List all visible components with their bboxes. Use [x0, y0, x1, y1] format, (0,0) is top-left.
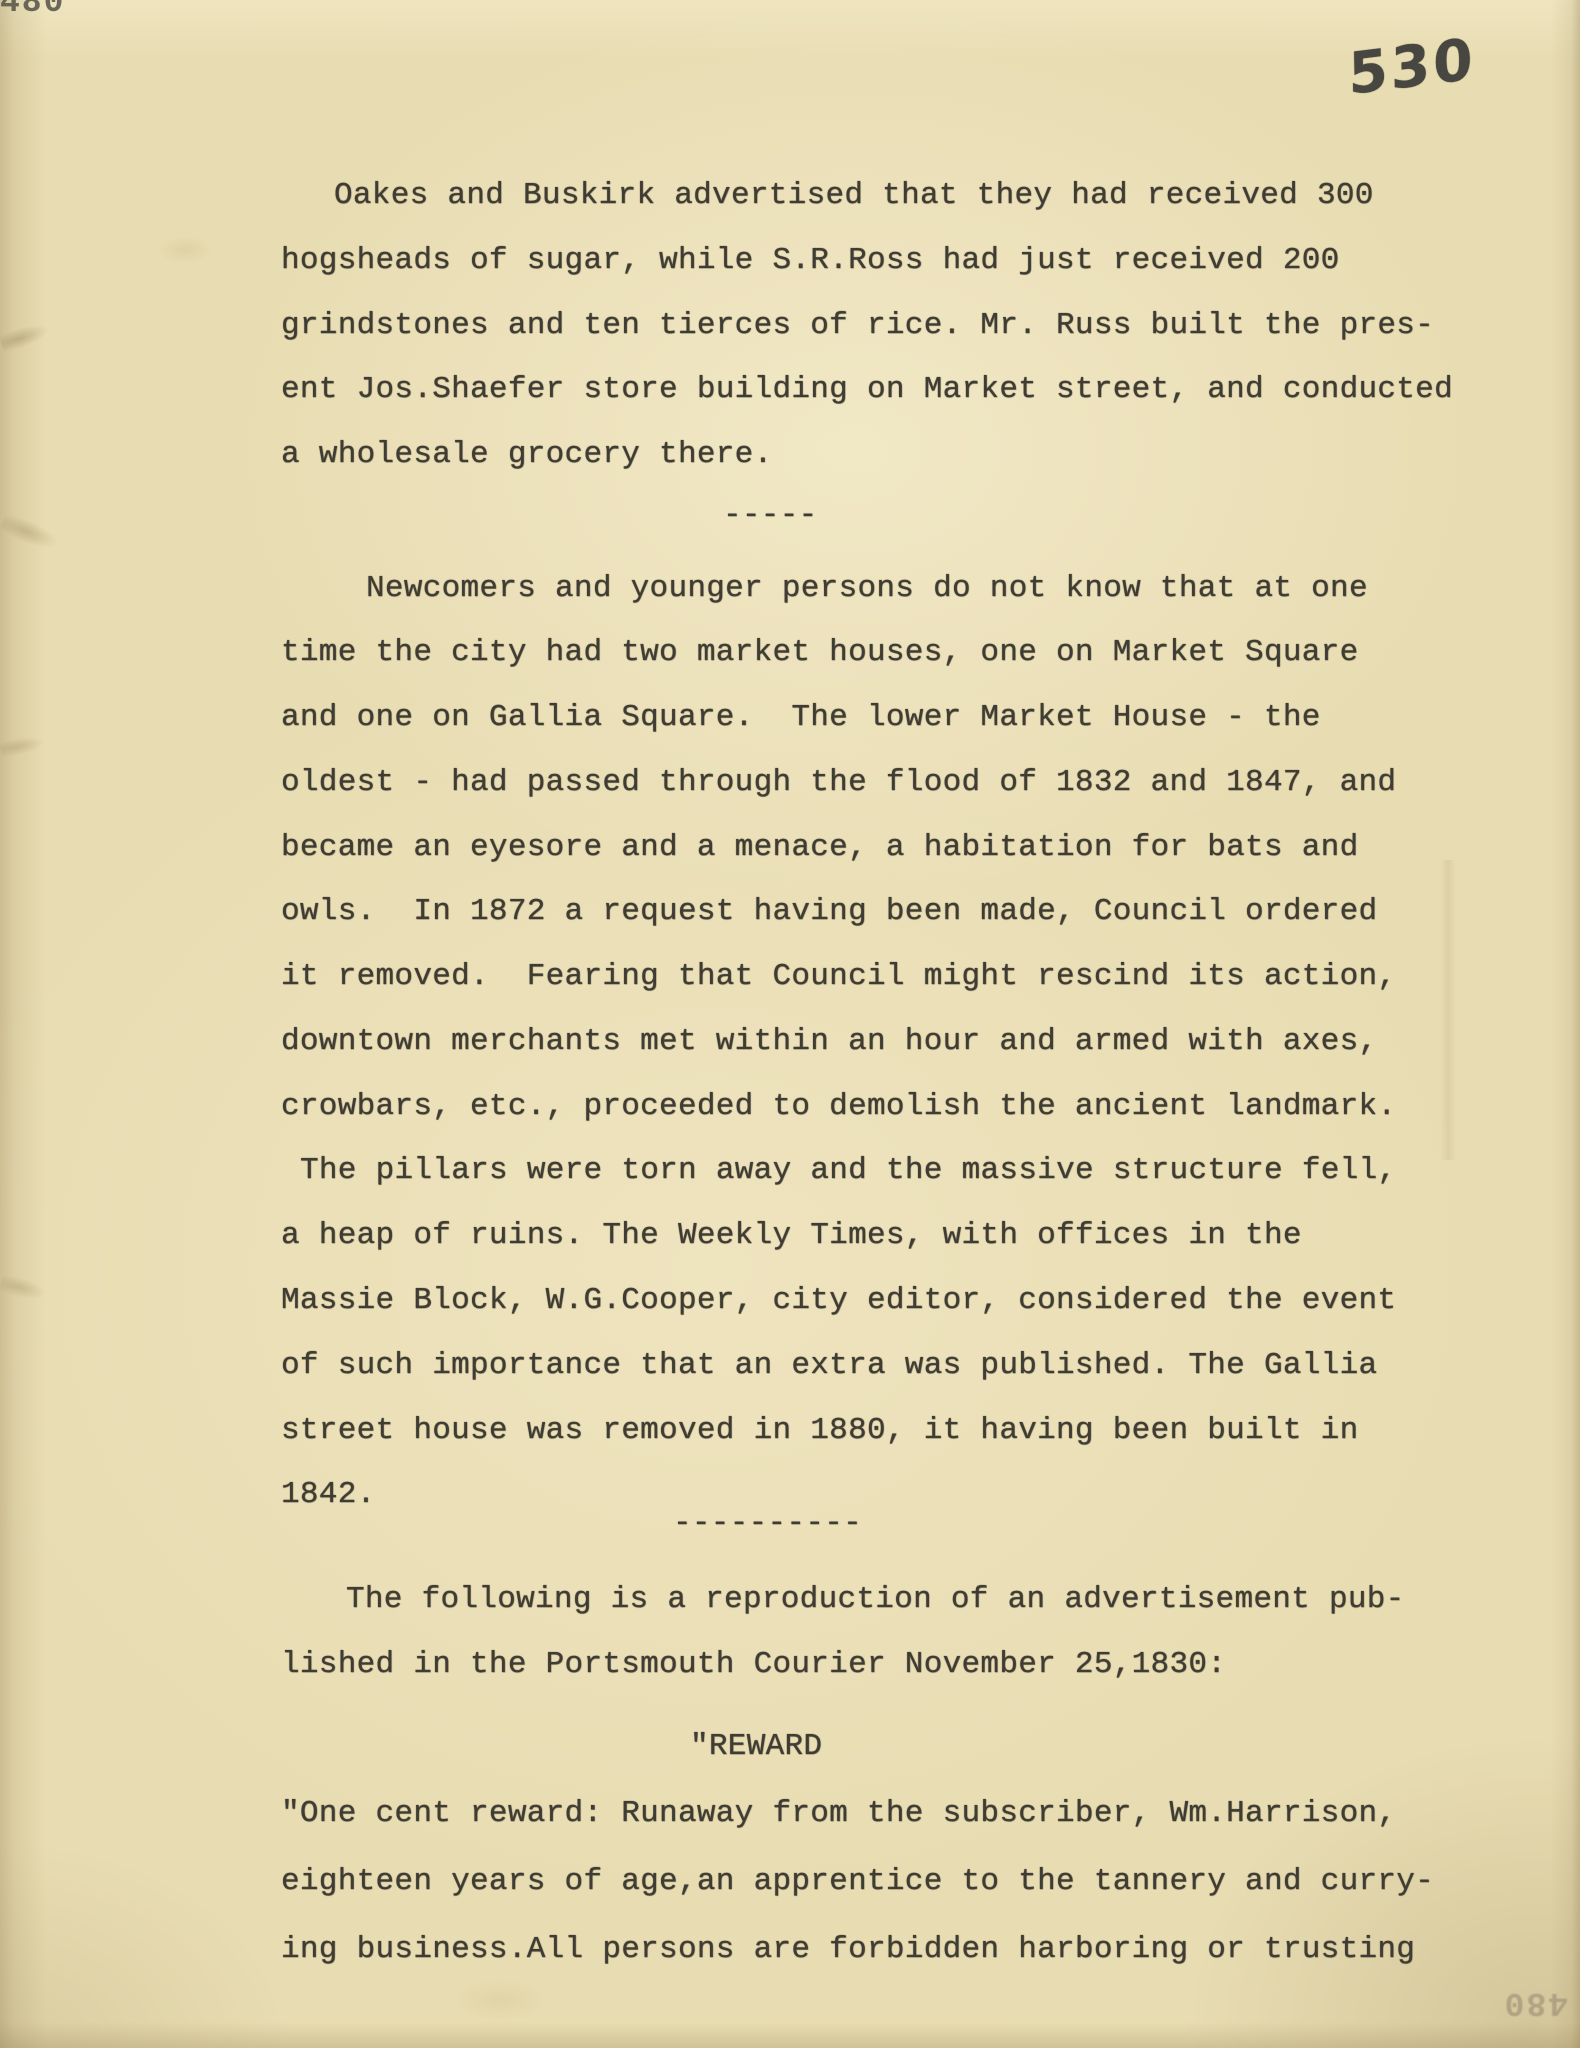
page-number-top-left: 480: [0, 0, 65, 21]
typed-line: The following is a reproduction of an ad…: [346, 1580, 1405, 1620]
paper-crease: [1440, 860, 1456, 1160]
typed-line: oldest - had passed through the flood of…: [281, 763, 1396, 803]
paper-stain: [140, 220, 230, 280]
typed-line: 1842.: [281, 1475, 376, 1515]
typed-line: Oakes and Buskirk advertised that they h…: [334, 176, 1374, 216]
typed-line: Massie Block, W.G.Cooper, city editor, c…: [281, 1281, 1396, 1321]
typed-line: downtown merchants met within an hour an…: [281, 1022, 1377, 1062]
typescript-page: 480 530 480 Oakes and Buskirk advertised…: [0, 0, 1580, 2048]
typed-line: eighteen years of age,an apprentice to t…: [281, 1862, 1434, 1902]
reward-heading: "REWARD: [690, 1727, 822, 1767]
typed-line: grindstones and ten tierces of rice. Mr.…: [281, 306, 1434, 346]
separator-dashes: -----: [723, 496, 818, 536]
typed-line: time the city had two market houses, one…: [281, 633, 1358, 673]
typed-line: hogsheads of sugar, while S.R.Ross had j…: [281, 241, 1340, 281]
paper-crease: [0, 471, 88, 599]
paper-stain: [420, 1960, 580, 2040]
typed-line: The pillars were torn away and the massi…: [300, 1151, 1396, 1191]
typed-line: became an eyesore and a menace, a habita…: [281, 828, 1358, 868]
typed-line: crowbars, etc., proceeded to demolish th…: [281, 1087, 1396, 1127]
typed-line: ent Jos.Shaefer store building on Market…: [281, 370, 1453, 410]
show-through-page-number: 480: [1438, 1984, 1568, 2021]
typed-line: and one on Gallia Square. The lower Mark…: [281, 698, 1321, 738]
paper-crease: [0, 1234, 71, 1346]
typed-line: of such importance that an extra was pub…: [281, 1346, 1377, 1386]
handwritten-page-number: 530: [1348, 26, 1478, 108]
typed-line: it removed. Fearing that Council might r…: [281, 957, 1396, 997]
paper-crease: [0, 696, 62, 794]
separator-dashes: ----------: [673, 1504, 862, 1544]
typed-line: a wholesale grocery there.: [281, 435, 772, 475]
paper-crease: [0, 283, 72, 387]
typed-line: lished in the Portsmouth Courier Novembe…: [281, 1645, 1226, 1685]
typed-line: owls. In 1872 a request having been made…: [281, 892, 1377, 932]
typed-line: "One cent reward: Runaway from the subsc…: [281, 1794, 1396, 1834]
typed-line: ing business.All persons are forbidden h…: [281, 1930, 1415, 1970]
typed-line: a heap of ruins. The Weekly Times, with …: [281, 1216, 1302, 1256]
typed-line: street house was removed in 1880, it hav…: [281, 1411, 1358, 1451]
typed-line: Newcomers and younger persons do not kno…: [366, 569, 1368, 609]
